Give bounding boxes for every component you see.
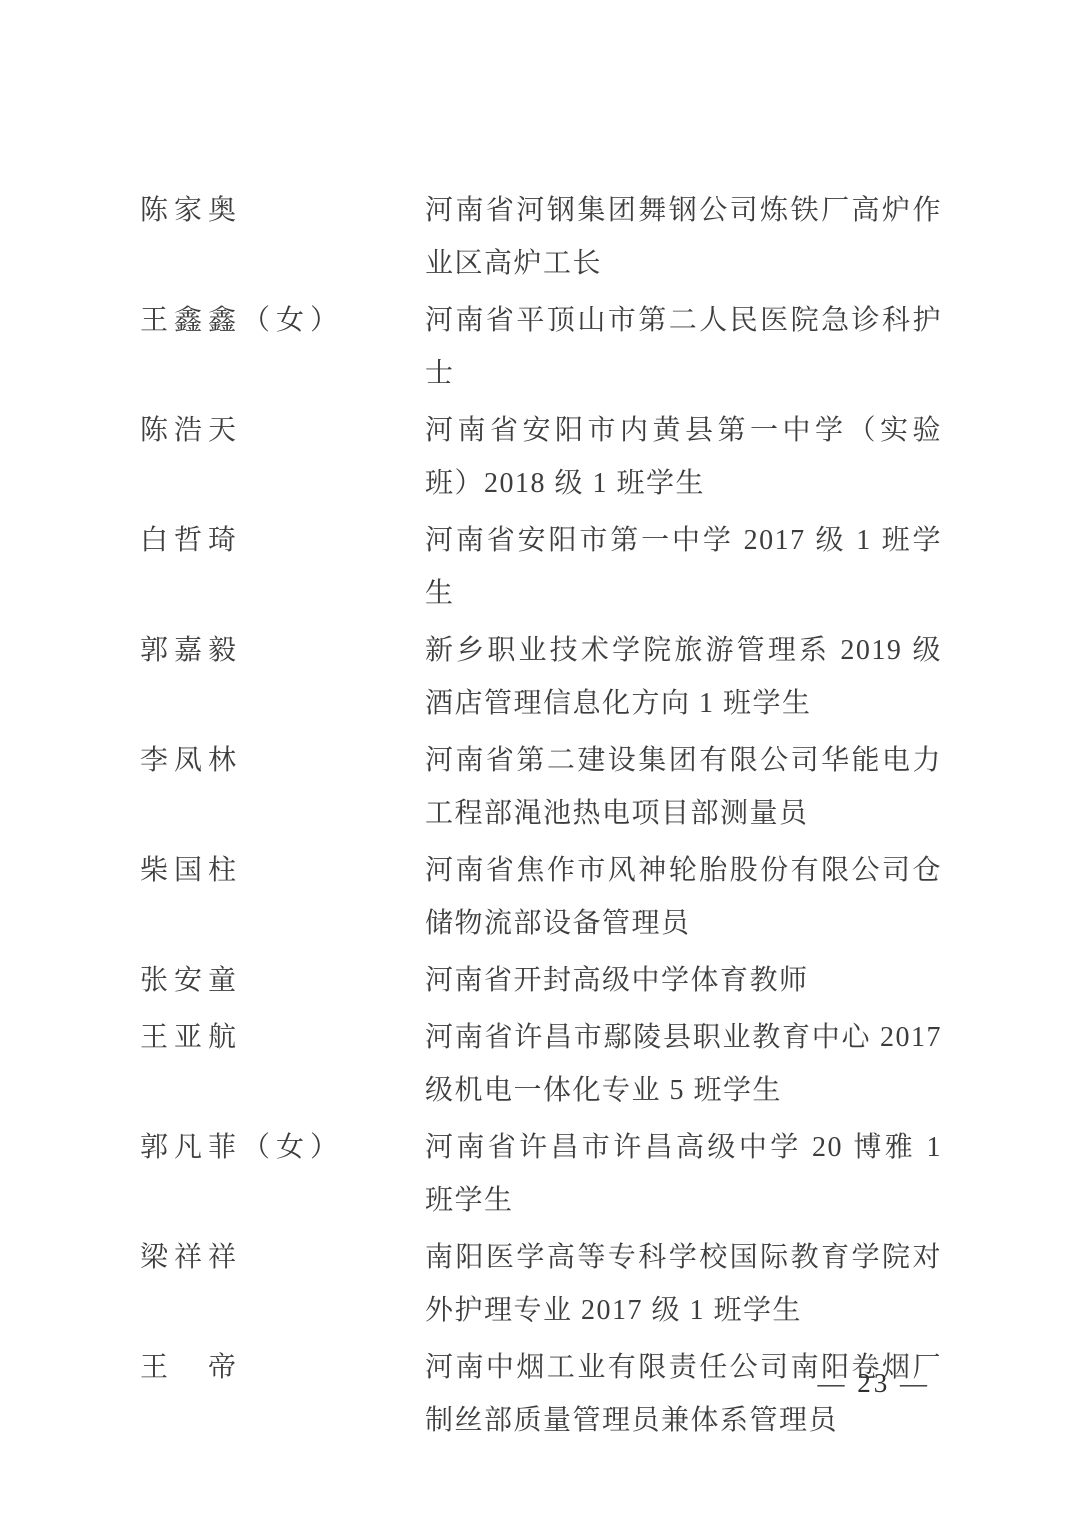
person-name: 陈家奥 — [140, 184, 425, 237]
person-description: 河南省河钢集团舞钢公司炼铁厂高炉作业区高炉工长 — [425, 184, 942, 290]
list-item: 郭凡菲（女） 河南省许昌市许昌高级中学 20 博雅 1 班学生 — [140, 1121, 942, 1227]
person-name: 王鑫鑫（女） — [140, 294, 425, 347]
person-description: 河南省第二建设集团有限公司华能电力工程部渑池热电项目部测量员 — [425, 734, 942, 840]
list-item: 白哲琦 河南省安阳市第一中学 2017 级 1 班学生 — [140, 514, 942, 620]
person-name: 柴国柱 — [140, 844, 425, 897]
person-description: 河南省平顶山市第二人民医院急诊科护士 — [425, 294, 942, 400]
list-item: 陈浩天 河南省安阳市内黄县第一中学（实验班）2018 级 1 班学生 — [140, 404, 942, 510]
list-item: 柴国柱 河南省焦作市风神轮胎股份有限公司仓储物流部设备管理员 — [140, 844, 942, 950]
person-name: 王亚航 — [140, 1011, 425, 1064]
recognition-list: 陈家奥 河南省河钢集团舞钢公司炼铁厂高炉作业区高炉工长 王鑫鑫（女） 河南省平顶… — [140, 184, 942, 1451]
person-name: 李凤林 — [140, 734, 425, 787]
person-name: 郭凡菲（女） — [140, 1121, 425, 1174]
document-page: 陈家奥 河南省河钢集团舞钢公司炼铁厂高炉作业区高炉工长 王鑫鑫（女） 河南省平顶… — [0, 0, 1080, 1527]
person-description: 南阳医学高等专科学校国际教育学院对外护理专业 2017 级 1 班学生 — [425, 1231, 942, 1337]
person-name: 梁祥祥 — [140, 1231, 425, 1284]
page-number: — 23 — — [818, 1366, 931, 1400]
person-name: 白哲琦 — [140, 514, 425, 567]
person-name: 张安童 — [140, 954, 425, 1007]
list-item: 王亚航 河南省许昌市鄢陵县职业教育中心 2017 级机电一体化专业 5 班学生 — [140, 1011, 942, 1117]
person-name: 王 帝 — [140, 1341, 425, 1394]
list-item: 王鑫鑫（女） 河南省平顶山市第二人民医院急诊科护士 — [140, 294, 942, 400]
list-item: 张安童 河南省开封高级中学体育教师 — [140, 954, 942, 1007]
person-description: 河南省安阳市内黄县第一中学（实验班）2018 级 1 班学生 — [425, 404, 942, 510]
list-item: 郭嘉毅 新乡职业技术学院旅游管理系 2019 级酒店管理信息化方向 1 班学生 — [140, 624, 942, 730]
list-item: 陈家奥 河南省河钢集团舞钢公司炼铁厂高炉作业区高炉工长 — [140, 184, 942, 290]
person-description: 河南省焦作市风神轮胎股份有限公司仓储物流部设备管理员 — [425, 844, 942, 950]
person-description: 河南省安阳市第一中学 2017 级 1 班学生 — [425, 514, 942, 620]
person-description: 新乡职业技术学院旅游管理系 2019 级酒店管理信息化方向 1 班学生 — [425, 624, 942, 730]
list-item: 李凤林 河南省第二建设集团有限公司华能电力工程部渑池热电项目部测量员 — [140, 734, 942, 840]
person-description: 河南省开封高级中学体育教师 — [425, 954, 942, 1007]
list-item: 梁祥祥 南阳医学高等专科学校国际教育学院对外护理专业 2017 级 1 班学生 — [140, 1231, 942, 1337]
person-name: 郭嘉毅 — [140, 624, 425, 677]
person-description: 河南省许昌市鄢陵县职业教育中心 2017 级机电一体化专业 5 班学生 — [425, 1011, 942, 1117]
person-description: 河南省许昌市许昌高级中学 20 博雅 1 班学生 — [425, 1121, 942, 1227]
person-name: 陈浩天 — [140, 404, 425, 457]
